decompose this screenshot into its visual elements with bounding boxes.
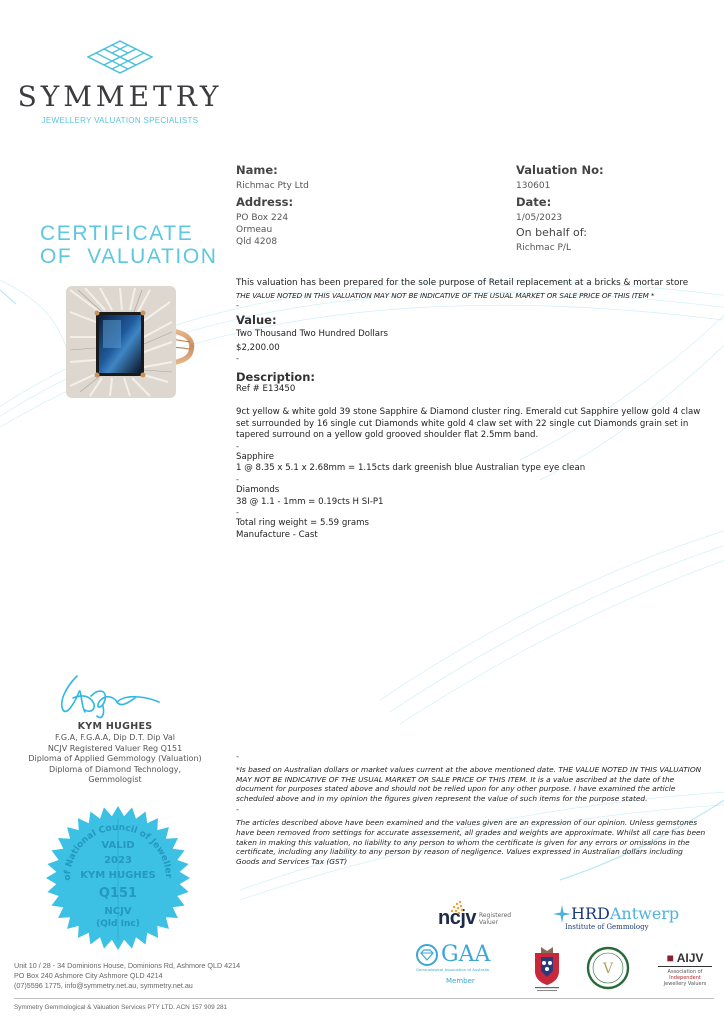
aijv-logo: ■ AIJV Association of Independent Jewell… [652,951,718,987]
certificate-title-line-1: CERTIFICATE [40,222,218,245]
ncjv-subtitle: RegisteredValuer [479,912,511,926]
svg-text:Q151: Q151 [99,886,137,901]
certificate-title: CERTIFICATE OF VALUATION [40,222,218,268]
value-in-words: Two Thousand Two Hundred Dollars [236,329,706,341]
sapphire-detail: 1 @ 8.35 x 5.1 x 2.68mm = 1.15cts dark g… [236,463,706,475]
valuer-signature [55,672,175,722]
footer-company: Symmetry Gemmological & Valuation Servic… [14,1004,227,1011]
client-name: Richmac Pty Ltd [236,180,309,192]
valuation-number: 130601 [516,180,604,192]
valuation-details: Valuation No: 130601 Date: 1/05/2023 On … [516,163,604,254]
valuer-name: KYM HUGHES [0,721,230,733]
sapphire-label: Sapphire [236,452,706,464]
disclaimer-value-basis: *Is based on Australian dollars or marke… [236,765,706,803]
separator: - [236,508,706,518]
disclaimer-liability: The articles described above have been e… [236,818,706,866]
footer-contact-line: (07)5596 1775, info@symmetry.net.au, sym… [14,981,240,991]
purpose-statement: This valuation has been prepared for the… [236,278,706,290]
credential-line: F.G.A, F.G.A.A, Dip D.T. Dip Val [0,733,230,744]
credential-line: Diploma of Applied Gemmology (Valuation) [0,754,230,765]
separator: - [236,301,706,311]
address-line: Ormeau [236,224,309,236]
svg-text:(Qld Inc): (Qld Inc) [96,919,140,929]
name-label: Name: [236,163,309,178]
on-behalf-label: On behalf of: [516,226,604,240]
affiliation-logos: ncjv RegisteredValuer HRDAntwerp Institu… [410,905,724,1000]
separator: - [236,752,706,762]
separator: - [236,805,706,815]
footer-address-line: PO Box 240 Ashmore City Ashmore QLD 4214 [14,971,240,981]
value-label: Value: [236,313,706,327]
separator: - [236,442,706,452]
hrd-subtitle: Institute of Gemmology [565,923,679,931]
valuer-credentials: KYM HUGHES F.G.A, F.G.A.A, Dip D.T. Dip … [0,721,230,786]
diamonds-label: Diamonds [236,485,706,497]
gaa-subtitle: Gemmological Association of Australia [416,967,489,972]
svg-text:2023: 2023 [104,855,132,866]
svg-text:VALID: VALID [101,840,134,851]
v-seal-badge-icon: V [586,946,630,990]
valuation-body: This valuation has been prepared for the… [236,278,706,541]
ring-weight: Total ring weight = 5.59 grams [236,518,706,530]
disclaimers: - *Is based on Australian dollars or mar… [236,752,706,866]
address-label: Address: [236,195,309,210]
credential-line: Diploma of Diamond Technology, [0,765,230,776]
value-amount: $2,200.00 [236,343,706,355]
gaa-member-label: Member [446,977,475,985]
gaa-name: GAA [441,942,490,967]
company-logo: SYMMETRY JEWELLERY VALUATION SPECIALISTS [0,40,240,125]
valuation-number-label: Valuation No: [516,163,604,178]
hrd-antwerp-logo: HRDAntwerp Institute of Gemmology [553,905,679,931]
ring-photo [40,282,205,402]
certificate-title-line-2: OF VALUATION [40,245,218,268]
diamonds-detail: 38 @ 1.1 - 1mm = 0.19cts H SI-P1 [236,497,706,509]
separator: - [236,475,706,485]
star-sparkle-icon [553,905,571,923]
on-behalf-value: Richmac P/L [516,242,604,254]
manufacture: Manufacture - Cast [236,530,706,542]
market-value-warning: THE VALUE NOTED IN THIS VALUATION MAY NO… [236,290,706,302]
description-label: Description: [236,370,706,384]
client-details: Name: Richmac Pty Ltd Address: PO Box 22… [236,163,309,248]
item-description: 9ct yellow & white gold 39 stone Sapphir… [236,407,706,442]
valuation-date: 1/05/2023 [516,212,604,224]
diamond-logo-icon [87,40,153,74]
footer-divider [14,998,714,999]
brand-name: SYMMETRY [0,82,240,112]
address-line: PO Box 224 [236,212,309,224]
gem-a-crest-icon [527,945,567,995]
svg-text:NCJV: NCJV [104,906,131,917]
ncjv-seal: Member of National Council of Jewellery … [38,800,198,955]
address-line: Qld 4208 [236,236,309,248]
credential-line: NCJV Registered Valuer Reg Q151 [0,744,230,755]
footer-address-line: Unit 10 / 28 - 34 Dominions House, Domin… [14,961,240,971]
footer-address: Unit 10 / 28 - 34 Dominions House, Domin… [14,961,240,992]
gaa-diamond-emblem-icon [416,944,438,966]
separator: - [236,354,706,364]
svg-text:V: V [602,961,614,977]
credential-line: Gemmologist [0,775,230,786]
brand-tagline: JEWELLERY VALUATION SPECIALISTS [0,116,240,125]
reference-number: Ref # E13450 [236,384,706,396]
date-label: Date: [516,195,604,210]
gaa-logo: GAA [416,942,490,967]
ncjv-logo: ncjv RegisteredValuer [438,907,511,930]
svg-text:KYM HUGHES: KYM HUGHES [80,870,156,881]
ncjv-dots-icon [450,899,464,923]
